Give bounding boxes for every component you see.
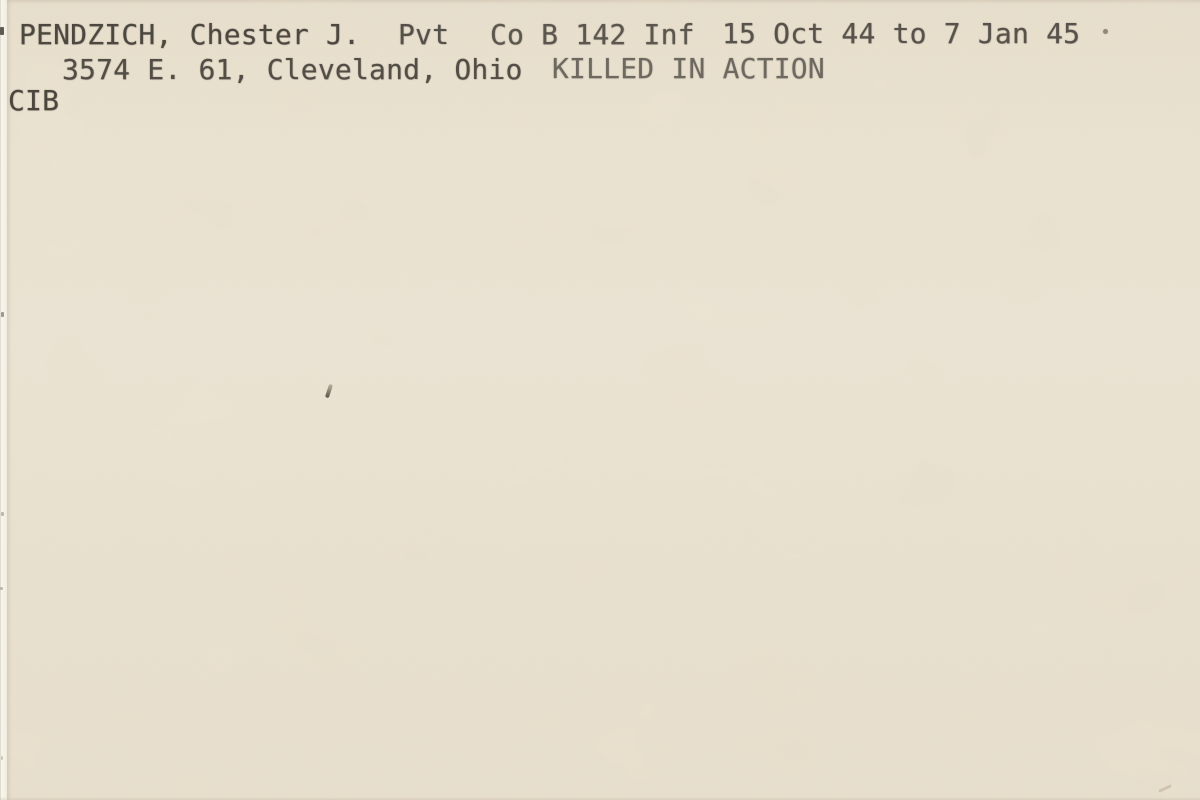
pen-mark <box>325 384 333 399</box>
award-abbreviation-text: CIB <box>8 87 59 115</box>
service-dates-text: 15 Oct 44 to 7 Jan 45 <box>722 20 1080 48</box>
address-text: 3574 E. 61, Cleveland, Ohio <box>62 56 523 84</box>
soldier-name-text: PENDZICH, Chester J. <box>19 21 360 49</box>
paper-texture <box>0 0 1200 800</box>
paper-crease-mark <box>1158 784 1172 793</box>
rank-text: Pvt <box>398 21 449 49</box>
ink-speck <box>1103 29 1108 34</box>
scan-edge-left <box>0 0 7 800</box>
casualty-status-text: KILLED IN ACTION <box>552 55 825 83</box>
service-record-index-card: PENDZICH, Chester J. Pvt Co B 142 Inf 15… <box>0 0 1200 800</box>
unit-text: Co B 142 Inf <box>490 21 695 49</box>
